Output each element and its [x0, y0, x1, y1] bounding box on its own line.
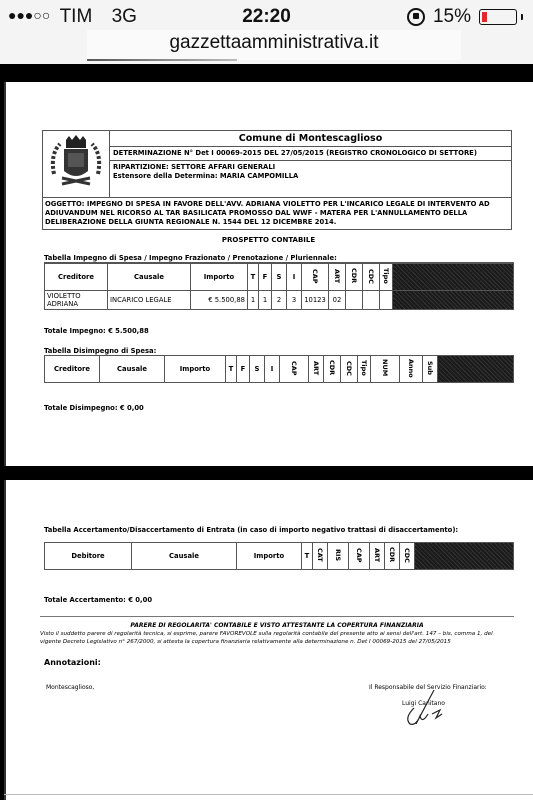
- column-header: I: [265, 356, 280, 383]
- column-header: I: [287, 264, 302, 291]
- url-text[interactable]: gazzettaamministrativa.it: [169, 32, 378, 53]
- accertamento-table-title: Tabella Accertamento/Disaccertamento di …: [44, 526, 514, 534]
- table-cell: [380, 291, 393, 310]
- document-page-1: Comune di Montescaglioso DETERMINAZIONE …: [4, 82, 533, 466]
- document-page-2: Tabella Accertamento/Disaccertamento di …: [4, 480, 533, 800]
- column-header: Tipo: [380, 264, 393, 291]
- parere-text: Visto il suddetto parere di regolarità t…: [40, 630, 514, 646]
- column-header: CDR: [346, 264, 363, 291]
- ripartizione: RIPARTIZIONE: SETTORE AFFARI GENERALI: [113, 163, 508, 172]
- table-cell: 2: [272, 291, 287, 310]
- ios-status-bar: ●●●○○ TIM 3G 22:20 15% gazzettaamministr…: [0, 0, 533, 64]
- page-bottom-edge: [4, 794, 533, 795]
- column-header: RIS: [328, 543, 349, 570]
- comune-title: Comune di Montescaglioso: [110, 131, 511, 147]
- table-cell: [363, 291, 380, 310]
- column-header: Importo: [191, 264, 248, 291]
- determinazione-number: DETERMINAZIONE N° Det I 00069-2015 DEL 2…: [110, 147, 511, 161]
- table-cell: [346, 291, 363, 310]
- impegno-table: CreditoreCausaleImportoTFSICAPARTCDRCDCT…: [44, 263, 514, 310]
- rotation-lock-icon: [407, 8, 425, 26]
- totale-accertamento: Totale Accertamento: € 0,00: [44, 596, 152, 604]
- battery-icon: [479, 9, 517, 25]
- redacted-column: [415, 543, 514, 570]
- parere-title: PARERE DI REGOLARITA' CONTABILE E VISTO …: [40, 622, 514, 629]
- column-header: T: [226, 356, 237, 383]
- table-cell: 3: [287, 291, 302, 310]
- totale-disimpegno: Totale Disimpegno: € 0,00: [44, 404, 144, 412]
- column-header: CAP: [302, 264, 329, 291]
- totale-impegno: Totale Impegno: € 5.500,88: [44, 327, 149, 335]
- column-header: CAP: [280, 356, 309, 383]
- table-cell: VIOLETTO ADRIANA: [45, 291, 108, 310]
- column-header: CDC: [363, 264, 380, 291]
- accertamento-table: DebitoreCausaleImportoTCATRISCAPARTCDRCD…: [44, 542, 514, 570]
- column-header: Causale: [108, 264, 191, 291]
- column-header: Causale: [100, 356, 165, 383]
- coat-of-arms-icon: [43, 131, 110, 197]
- column-header: S: [272, 264, 287, 291]
- prospetto-contabile-heading: PROSPETTO CONTABILE: [4, 236, 533, 244]
- column-header: CDC: [341, 356, 358, 383]
- battery-tip: [521, 14, 523, 20]
- column-header: Importo: [165, 356, 226, 383]
- impegno-table-title: Tabella Impegno di Spesa / Impegno Frazi…: [44, 254, 514, 263]
- column-header: ART: [309, 356, 324, 383]
- column-header: Debitore: [45, 543, 132, 570]
- battery-level: [482, 12, 487, 22]
- table-cell: 02: [329, 291, 346, 310]
- column-header: CAT: [313, 543, 328, 570]
- annotazioni-label: Annotazioni:: [44, 658, 101, 667]
- signature-icon: [394, 688, 454, 728]
- disimpegno-table-title: Tabella Disimpegno di Spesa:: [44, 347, 514, 355]
- table-cell: INCARICO LEGALE: [108, 291, 191, 310]
- column-header: S: [250, 356, 265, 383]
- redacted-column: [438, 356, 514, 383]
- column-header: T: [302, 543, 313, 570]
- column-header: Tipo: [358, 356, 371, 383]
- redacted-column: [393, 264, 514, 291]
- table-cell: 1: [248, 291, 259, 310]
- column-header: CDC: [400, 543, 415, 570]
- table-cell: 10123: [302, 291, 329, 310]
- column-header: CDR: [324, 356, 341, 383]
- column-header: F: [259, 264, 272, 291]
- impegno-section: Tabella Impegno di Spesa / Impegno Frazi…: [44, 254, 514, 310]
- redacted-cell: [393, 291, 514, 310]
- column-header: Sub: [423, 356, 438, 383]
- accertamento-section: Tabella Accertamento/Disaccertamento di …: [44, 526, 514, 570]
- table-row: VIOLETTO ADRIANAINCARICO LEGALE€ 5.500,8…: [45, 291, 514, 310]
- estensore: Estensore della Determina: MARIA CAMPOMI…: [113, 172, 508, 181]
- column-header: CAP: [349, 543, 370, 570]
- oggetto: OGGETTO: IMPEGNO DI SPESA IN FAVORE DELL…: [43, 198, 511, 229]
- column-header: Anno: [400, 356, 423, 383]
- luogo: Montescaglioso,: [46, 684, 94, 691]
- divider: [40, 616, 514, 617]
- column-header: F: [237, 356, 250, 383]
- column-header: Creditore: [45, 264, 108, 291]
- battery-percent: 15%: [433, 6, 471, 28]
- column-header: ART: [370, 543, 385, 570]
- column-header: Creditore: [45, 356, 100, 383]
- disimpegno-table: CreditoreCausaleImportoTFSICAPARTCDRCDCT…: [44, 355, 514, 383]
- column-header: T: [248, 264, 259, 291]
- table-cell: 1: [259, 291, 272, 310]
- table-cell: € 5.500,88: [191, 291, 248, 310]
- page-load-progress: [87, 59, 237, 61]
- column-header: ART: [329, 264, 346, 291]
- document-header: Comune di Montescaglioso DETERMINAZIONE …: [42, 130, 512, 230]
- column-header: NUM: [371, 356, 400, 383]
- url-bar[interactable]: gazzettaamministrativa.it: [87, 30, 461, 60]
- column-header: Causale: [132, 543, 237, 570]
- column-header: Importo: [237, 543, 302, 570]
- column-header: CDR: [385, 543, 400, 570]
- disimpegno-section: Tabella Disimpegno di Spesa: CreditoreCa…: [44, 347, 514, 383]
